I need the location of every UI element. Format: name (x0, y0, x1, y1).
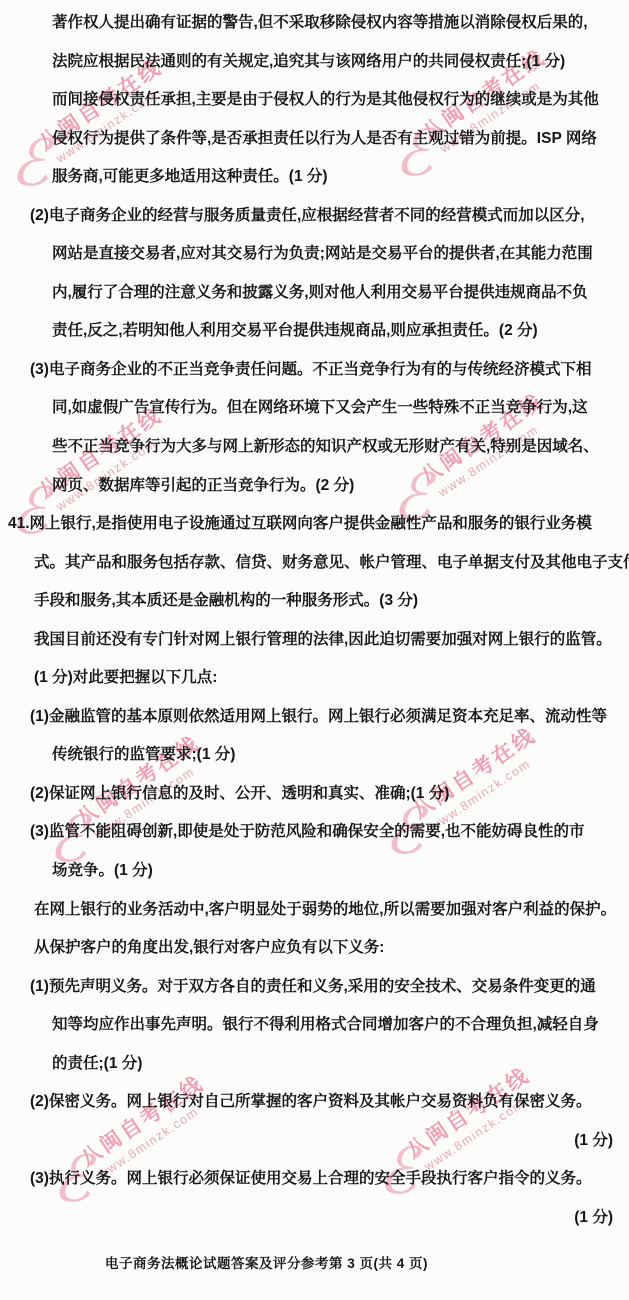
document-line: 些不正当竞争行为大多与网上新形态的知识产权或无形财产有关,特别是因域名、 (0, 428, 629, 467)
document-line: 责任,反之,若明知他人利用交易平台提供违规商品,则应承担责任。(2 分) (0, 312, 629, 351)
document-line: 而间接侵权责任承担,主要是由于侵权人的行为是其他侵权行为的继续或是为其他 (0, 81, 629, 120)
document-line: 服务商,可能更多地适用这种责任。(1 分) (0, 158, 629, 197)
document-line: 同,如虚假广告宣传行为。但在网络环境下又会产生一些特殊不正当竞争行为,这 (0, 389, 629, 428)
scanned-exam-page: ℰ八闽自考在线www.8minzk.comℰ八闽自考在线www.8minzk.c… (0, 0, 629, 1300)
document-line: 著作权人提出确有证据的警告,但不采取移除侵权内容等措施以消除侵权后果的, (0, 4, 629, 43)
document-line: 网页、数据库等引起的正当竞争行为。(2 分) (0, 467, 629, 506)
document-line: 场竞争。(1 分) (0, 852, 629, 891)
document-line: (2)保密义务。网上银行对自己所掌握的客户资料及其帐户交易资料负有保密义务。 (0, 1083, 629, 1122)
document-line: 手段和服务,其本质还是金融机构的一种服务形式。(3 分) (0, 582, 629, 621)
document-line: (3)执行义务。网上银行必须保证使用交易上合理的安全手段执行客户指令的义务。 (0, 1160, 629, 1199)
document-line: (3)监管不能阻碍创新,即使是处于防范风险和确保安全的需要,也不能妨碍良性的市 (0, 813, 629, 852)
document-line: 41.网上银行,是指使用电子设施通过互联网向客户提供金融性产品和服务的银行业务模 (0, 505, 629, 544)
document-line: 在网上银行的业务活动中,客户明显处于弱势的地位,所以需要加强对客户利益的保护。 (0, 891, 629, 930)
page-footer: 电子商务法概论试题答案及评分参考第 3 页(共 4 页) (105, 1252, 428, 1272)
answer-text-block: 著作权人提出确有证据的警告,但不采取移除侵权内容等措施以消除侵权后果的,法院应根… (0, 0, 629, 1300)
document-line: 传统银行的监管要求;(1 分) (0, 736, 629, 775)
document-line: (3)电子商务企业的不正当竞争责任问题。不正当竞争行为有的与传统经济模式下相 (0, 351, 629, 390)
document-line: 从保护客户的角度出发,银行对客户应负有以下义务: (0, 929, 629, 968)
document-line: 侵权行为提供了条件等,是否承担责任以行为人是否有主观过错为前提。ISP 网络 (0, 120, 629, 159)
document-line: 我国目前还没有专门针对网上银行管理的法律,因此迫切需要加强对网上银行的监管。 (0, 621, 629, 660)
document-line: 的责任;(1 分) (0, 1045, 629, 1084)
document-line: (2)保证网上银行信息的及时、公开、透明和真实、准确;(1 分) (0, 775, 629, 814)
document-line: (1 分)对此要把握以下几点: (0, 659, 629, 698)
document-line: 法院应根据民法通则的有关规定,追究其与该网络用户的共同侵权责任;(1 分) (0, 43, 629, 82)
document-line: 知等均应作出事先声明。银行不得利用格式合同增加客户的不合理负担,减轻自身 (0, 1006, 629, 1045)
document-line: (1 分) (0, 1199, 629, 1238)
document-line: (1)金融监管的基本原则依然适用网上银行。网上银行必须满足资本充足率、流动性等 (0, 698, 629, 737)
document-line: 式。其产品和服务包括存款、信贷、财务意见、帐户管理、电子单据支付及其他电子支付 (0, 544, 629, 583)
document-line: 网站是直接交易者,应对其交易行为负责;网站是交易平台的提供者,在其能力范围 (0, 235, 629, 274)
document-line: (1)预先声明义务。对于双方各自的责任和义务,采用的安全技术、交易条件变更的通 (0, 968, 629, 1007)
document-line: (2)电子商务企业的经营与服务质量责任,应根据经营者不同的经营模式而加以区分, (0, 197, 629, 236)
document-line: 内,履行了合理的注意义务和披露义务,则对他人利用交易平台提供违规商品不负 (0, 274, 629, 313)
document-line: (1 分) (0, 1122, 629, 1161)
